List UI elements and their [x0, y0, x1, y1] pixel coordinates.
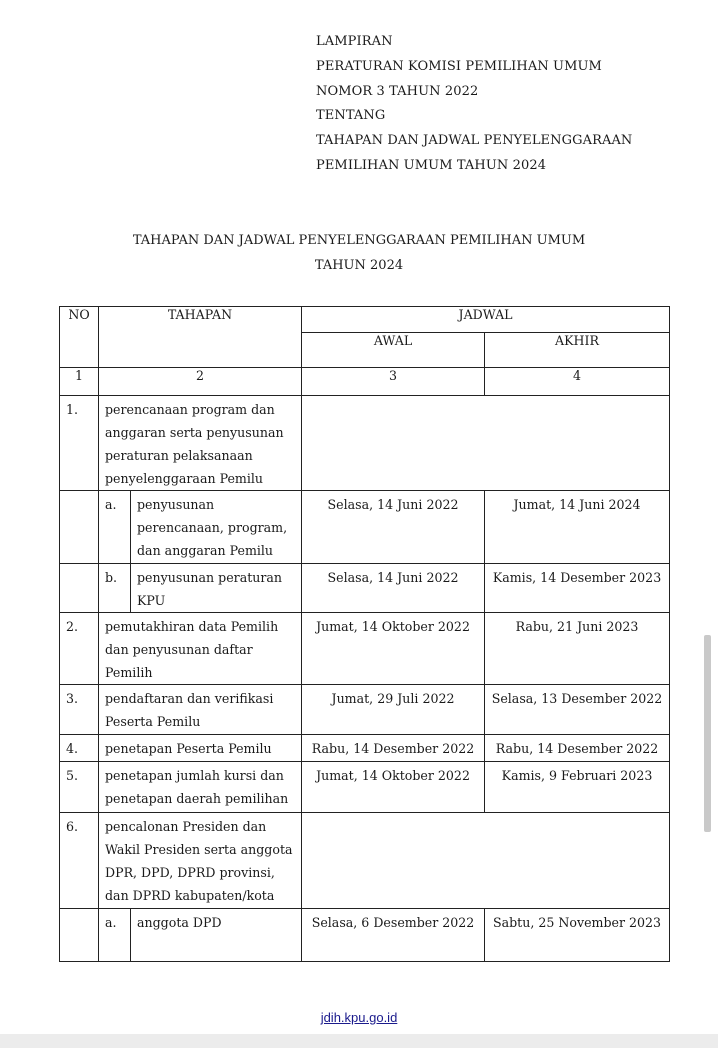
table-row: 6. pencalonan Presiden dan Wakil Preside…	[60, 813, 670, 909]
start-date: Jumat, 14 Oktober 2022	[302, 613, 485, 685]
sub-stage: anggota DPD	[131, 909, 302, 962]
schedule-table: NO TAHAPAN JADWAL AWAL AKHIR 1 2 3 4 1. …	[59, 306, 670, 962]
start-date: Selasa, 14 Juni 2022	[302, 491, 485, 564]
row-stage: pencalonan Presiden dan Wakil Presiden s…	[99, 813, 302, 909]
start-date: Selasa, 6 Desember 2022	[302, 909, 485, 962]
row-number: 3.	[60, 685, 99, 735]
document-title: TAHAPAN DAN JADWAL PENYELENGGARAAN PEMIL…	[0, 228, 718, 278]
header-line-tentang: TENTANG	[316, 104, 632, 129]
end-date: Rabu, 14 Desember 2022	[485, 735, 670, 762]
row-number: 5.	[60, 762, 99, 813]
viewer-bottom-edge	[0, 1034, 718, 1048]
table-subrow: a. penyusunan perencanaan, program, dan …	[60, 491, 670, 564]
row-stage: perencanaan program dan anggaran serta p…	[99, 396, 302, 491]
row-number: 2.	[60, 613, 99, 685]
row-number-empty	[60, 909, 99, 962]
source-link[interactable]: jdih.kpu.go.id	[0, 1010, 718, 1025]
title-line-2: TAHUN 2024	[0, 253, 718, 278]
header-line-number: NOMOR 3 TAHUN 2022	[316, 80, 632, 105]
start-date: Jumat, 14 Oktober 2022	[302, 762, 485, 813]
row-schedule-empty	[302, 813, 670, 909]
end-date: Selasa, 13 Desember 2022	[485, 685, 670, 735]
start-date: Rabu, 14 Desember 2022	[302, 735, 485, 762]
header-akhir: AKHIR	[485, 333, 670, 368]
column-number-4: 4	[485, 368, 670, 396]
table-row: 1. perencanaan program dan anggaran sert…	[60, 396, 670, 491]
header-awal: AWAL	[302, 333, 485, 368]
scrollbar-thumb[interactable]	[704, 635, 711, 832]
end-date: Rabu, 21 Juni 2023	[485, 613, 670, 685]
column-number-1: 1	[60, 368, 99, 396]
row-stage: pemutakhiran data Pemilih dan penyusunan…	[99, 613, 302, 685]
header-line-lampiran: LAMPIRAN	[316, 30, 632, 55]
row-stage: penetapan Peserta Pemilu	[99, 735, 302, 762]
row-number: 1.	[60, 396, 99, 491]
attachment-header: LAMPIRAN PERATURAN KOMISI PEMILIHAN UMUM…	[316, 30, 632, 179]
sub-letter: b.	[99, 564, 131, 613]
start-date: Selasa, 14 Juni 2022	[302, 564, 485, 613]
sub-stage: penyusunan peraturan KPU	[131, 564, 302, 613]
row-number: 6.	[60, 813, 99, 909]
table-row: 3. pendaftaran dan verifikasi Peserta Pe…	[60, 685, 670, 735]
table-subrow: b. penyusunan peraturan KPU Selasa, 14 J…	[60, 564, 670, 613]
header-line-regulation: PERATURAN KOMISI PEMILIHAN UMUM	[316, 55, 632, 80]
row-number-empty	[60, 491, 99, 564]
table-subrow: a. anggota DPD Selasa, 6 Desember 2022 S…	[60, 909, 670, 962]
table-row: 4. penetapan Peserta Pemilu Rabu, 14 Des…	[60, 735, 670, 762]
sub-letter: a.	[99, 909, 131, 962]
row-number: 4.	[60, 735, 99, 762]
header-line-subject: TAHAPAN DAN JADWAL PENYELENGGARAAN	[316, 129, 632, 154]
sub-letter: a.	[99, 491, 131, 564]
header-line-subject-cont: PEMILIHAN UMUM TAHUN 2024	[316, 154, 632, 179]
row-schedule-empty	[302, 396, 670, 491]
end-date: Kamis, 14 Desember 2023	[485, 564, 670, 613]
document-page: LAMPIRAN PERATURAN KOMISI PEMILIHAN UMUM…	[0, 0, 718, 1034]
column-number-2: 2	[99, 368, 302, 396]
end-date: Kamis, 9 Februari 2023	[485, 762, 670, 813]
table-row: 2. pemutakhiran data Pemilih dan penyusu…	[60, 613, 670, 685]
header-no: NO	[60, 307, 99, 368]
title-line-1: TAHAPAN DAN JADWAL PENYELENGGARAAN PEMIL…	[0, 228, 718, 253]
end-date: Sabtu, 25 November 2023	[485, 909, 670, 962]
end-date: Jumat, 14 Juni 2024	[485, 491, 670, 564]
start-date: Jumat, 29 Juli 2022	[302, 685, 485, 735]
row-number-empty	[60, 564, 99, 613]
column-number-3: 3	[302, 368, 485, 396]
header-tahapan: TAHAPAN	[99, 307, 302, 368]
table-row: 5. penetapan jumlah kursi dan penetapan …	[60, 762, 670, 813]
row-stage: penetapan jumlah kursi dan penetapan dae…	[99, 762, 302, 813]
header-jadwal: JADWAL	[302, 307, 670, 333]
sub-stage: penyusunan perencanaan, program, dan ang…	[131, 491, 302, 564]
row-stage: pendaftaran dan verifikasi Peserta Pemil…	[99, 685, 302, 735]
